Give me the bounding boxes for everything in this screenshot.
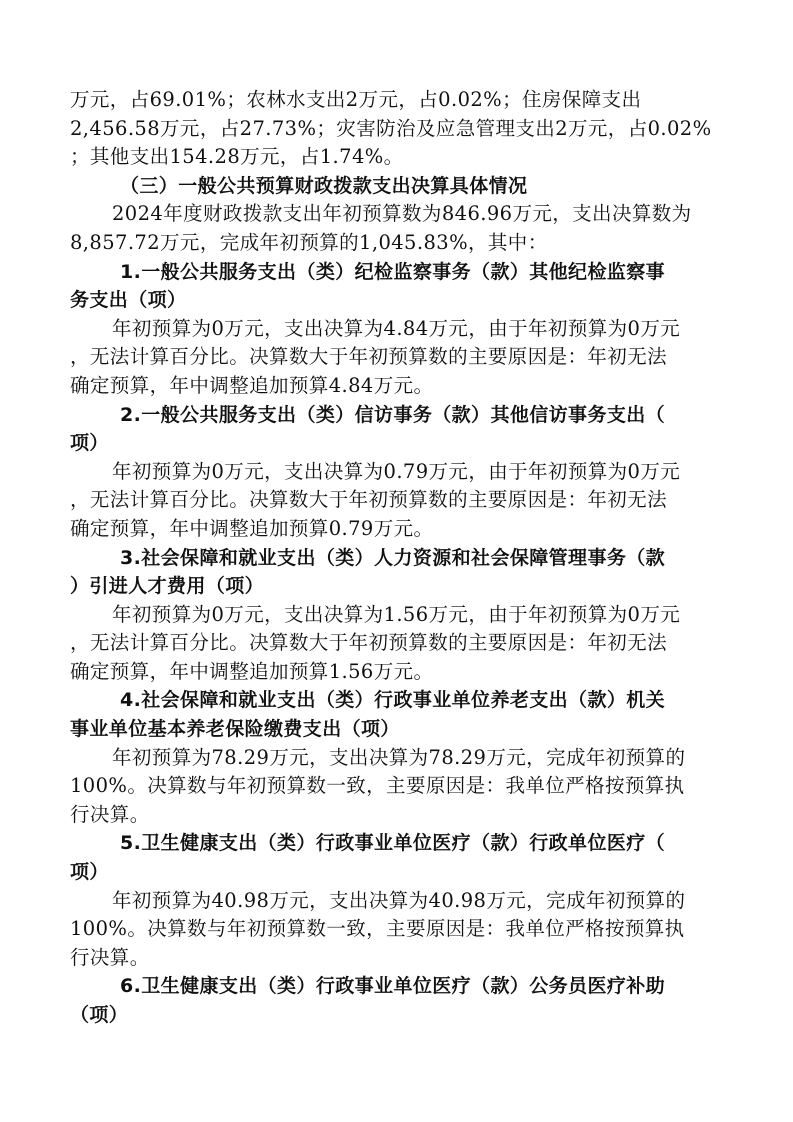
item-title: 项） <box>70 429 730 458</box>
item-body: 年初预算为0万元，支出决算为4.84万元，由于年初预算为0万元 <box>70 315 730 344</box>
item-body: 100%。决算数与年初预算数一致，主要原因是：我单位严格按预算执 <box>70 772 730 801</box>
item-4: 4.社会保障和就业支出（类）行政事业单位养老支出（款）机关 事业单位基本养老保险… <box>70 686 730 829</box>
intro-line: 万元，占69.01%；农林水支出2万元，占0.02%；住房保障支出 <box>70 86 730 115</box>
item-body: 年初预算为78.29万元，支出决算为78.29万元，完成年初预算的 <box>70 744 730 773</box>
item-body: 100%。决算数与年初预算数一致，主要原因是：我单位严格按预算执 <box>70 915 730 944</box>
item-body: 确定预算，年中调整追加预算0.79万元。 <box>70 515 730 544</box>
item-title: 6.卫生健康支出（类）行政事业单位医疗（款）公务员医疗补助 <box>70 972 730 1001</box>
item-body: 行决算。 <box>70 801 730 830</box>
summary-line: 2024年度财政拨款支出年初预算数为846.96万元，支出决算数为 <box>70 200 730 229</box>
intro-line: 2,456.58万元，占27.73%；灾害防治及应急管理支出2万元，占0.02% <box>70 115 730 144</box>
item-title: ）引进人才费用（项） <box>70 572 730 601</box>
item-title: 务支出（项） <box>70 286 730 315</box>
item-body: ，无法计算百分比。决算数大于年初预算数的主要原因是：年初无法 <box>70 486 730 515</box>
intro-line: ；其他支出154.28万元，占1.74%。 <box>70 143 730 172</box>
item-title: 5.卫生健康支出（类）行政事业单位医疗（款）行政单位医疗（ <box>70 829 730 858</box>
item-title: （项） <box>70 1001 730 1030</box>
section-heading: （三）一般公共预算财政拨款支出决算具体情况 <box>70 172 730 201</box>
item-title: 1.一般公共服务支出（类）纪检监察事务（款）其他纪检监察事 <box>70 258 730 287</box>
item-5: 5.卫生健康支出（类）行政事业单位医疗（款）行政单位医疗（ 项） 年初预算为40… <box>70 829 730 972</box>
item-title: 项） <box>70 858 730 887</box>
document-page: 万元，占69.01%；农林水支出2万元，占0.02%；住房保障支出 2,456.… <box>70 86 730 1030</box>
item-title: 4.社会保障和就业支出（类）行政事业单位养老支出（款）机关 <box>70 686 730 715</box>
item-body: ，无法计算百分比。决算数大于年初预算数的主要原因是：年初无法 <box>70 343 730 372</box>
item-6: 6.卫生健康支出（类）行政事业单位医疗（款）公务员医疗补助 （项） <box>70 972 730 1029</box>
item-body: 年初预算为0万元，支出决算为0.79万元，由于年初预算为0万元 <box>70 458 730 487</box>
item-3: 3.社会保障和就业支出（类）人力资源和社会保障管理事务（款 ）引进人才费用（项）… <box>70 544 730 687</box>
item-body: 行决算。 <box>70 944 730 973</box>
item-2: 2.一般公共服务支出（类）信访事务（款）其他信访事务支出（ 项） 年初预算为0万… <box>70 401 730 544</box>
item-body: 年初预算为0万元，支出决算为1.56万元，由于年初预算为0万元 <box>70 601 730 630</box>
item-body: 年初预算为40.98万元，支出决算为40.98万元，完成年初预算的 <box>70 887 730 916</box>
item-title: 3.社会保障和就业支出（类）人力资源和社会保障管理事务（款 <box>70 544 730 573</box>
item-title: 事业单位基本养老保险缴费支出（项） <box>70 715 730 744</box>
item-body: ，无法计算百分比。决算数大于年初预算数的主要原因是：年初无法 <box>70 629 730 658</box>
item-body: 确定预算，年中调整追加预算4.84万元。 <box>70 372 730 401</box>
item-1: 1.一般公共服务支出（类）纪检监察事务（款）其他纪检监察事 务支出（项） 年初预… <box>70 258 730 401</box>
item-body: 确定预算，年中调整追加预算1.56万元。 <box>70 658 730 687</box>
item-title: 2.一般公共服务支出（类）信访事务（款）其他信访事务支出（ <box>70 401 730 430</box>
summary-line: 8,857.72万元，完成年初预算的1,045.83%，其中： <box>70 229 730 258</box>
